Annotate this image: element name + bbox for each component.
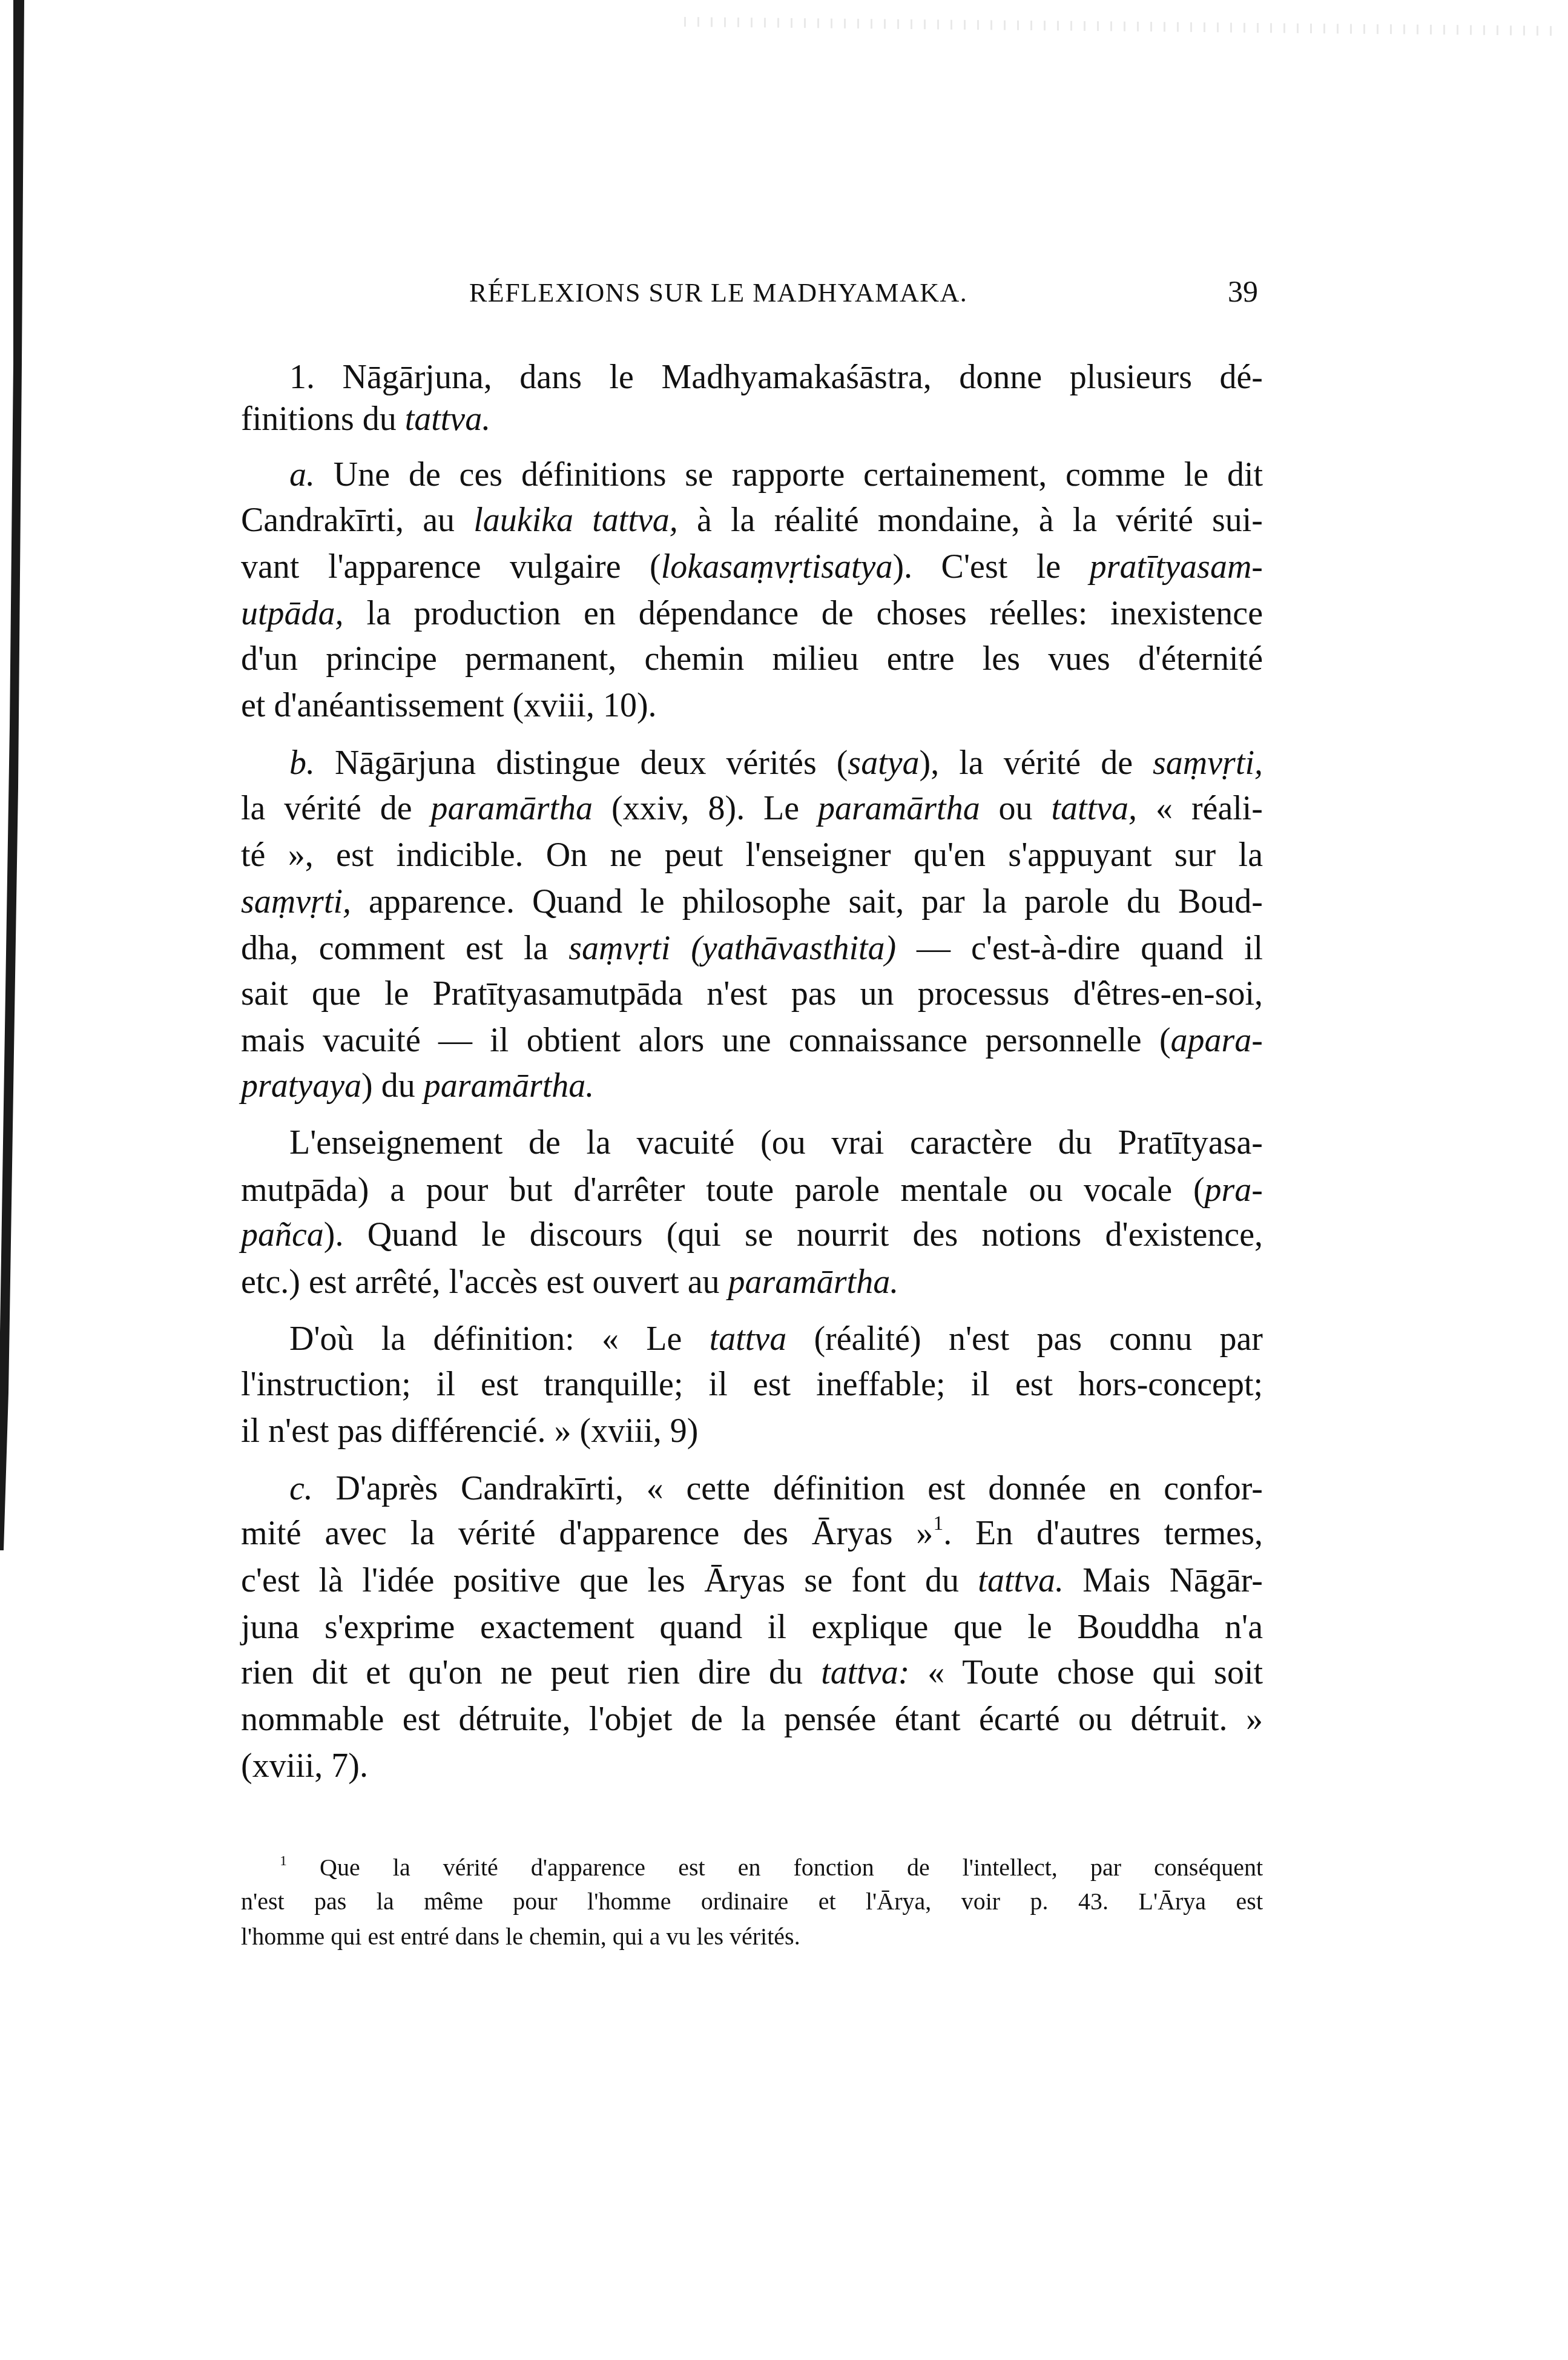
text-segment: 1. Nāgārjuna, dans le Madhyamakaśāstra, …: [289, 359, 1263, 396]
text-segment: Nāgārjuna distingue deux vérités (: [315, 744, 848, 782]
text-segment: satya: [848, 744, 919, 782]
body-line: c. D'après Candrakīrti, « cette définiti…: [289, 1467, 1263, 1510]
text-segment: pratyaya: [241, 1067, 361, 1105]
body-line: d'un principe permanent, chemin milieu e…: [241, 638, 1263, 680]
text-segment: l'instruction; il est tranquille; il est…: [241, 1366, 1263, 1403]
body-line: finitions du tattva.: [241, 398, 1263, 440]
body-line: pratyaya) du paramārtha.: [241, 1065, 1263, 1107]
text-segment: d'un principe permanent, chemin milieu e…: [241, 640, 1263, 678]
text-segment: « réali-: [1137, 790, 1263, 827]
text-segment: mais vacuité — il obtient alors une conn…: [241, 1022, 1171, 1059]
text-segment: pratītyasam-: [1090, 548, 1263, 586]
text-segment: finitions du: [241, 400, 405, 438]
text-segment: c.: [289, 1470, 313, 1507]
text-segment: paramārtha: [818, 790, 980, 827]
text-segment: juna s'exprime exactement quand il expli…: [241, 1608, 1263, 1646]
text-segment: ). C'est le: [892, 548, 1089, 586]
body-line: dha, comment est la saṃvṛti (yathāvasthi…: [241, 927, 1263, 970]
text-segment: apparence. Quand le philosophe sait, par…: [351, 883, 1263, 921]
body-line: juna s'exprime exactement quand il expli…: [241, 1606, 1263, 1648]
text-segment: mutpāda) a pour but d'arrêter toute paro…: [241, 1171, 1205, 1209]
text-segment: té », est indicible. On ne peut l'enseig…: [241, 836, 1263, 874]
text-segment: ) du: [361, 1067, 424, 1105]
text-segment: tattva,: [1052, 790, 1138, 827]
body-line: D'où la définition: « Le tattva (réalité…: [289, 1318, 1263, 1360]
text-segment: l'homme qui est entré dans le chemin, qu…: [241, 1923, 800, 1950]
scan-binding-edge: [0, 0, 24, 1550]
body-line: utpāda, la production en dépendance de c…: [241, 592, 1263, 635]
body-line: saṃvṛti, apparence. Quand le philosophe …: [241, 881, 1263, 923]
text-segment: nommable est détruite, l'objet de la pen…: [241, 1701, 1263, 1738]
text-segment: « Toute chose qui soit: [909, 1654, 1263, 1691]
body-line: sait que le Pratītyasamutpāda n'est pas …: [241, 973, 1263, 1015]
text-segment: c'est là l'idée positive que les Āryas s…: [241, 1562, 978, 1599]
running-head: RÉFLEXIONS SUR LE MADHYAMAKA.: [469, 277, 967, 308]
text-segment: et d'anéantissement (xviii, 10).: [241, 687, 657, 724]
page-number: 39: [1228, 274, 1258, 309]
text-segment: saṃvṛti (yathāvasthita): [568, 930, 896, 967]
body-line: la vérité de paramārtha (xxiv, 8). Le pa…: [241, 787, 1263, 830]
text-segment: la production en dépendance de choses ré…: [344, 595, 1263, 632]
text-segment: la vérité de: [241, 790, 431, 827]
text-segment: Une de ces définitions se rapporte certa…: [315, 456, 1263, 494]
text-segment: n'est pas la même pour l'homme ordinaire…: [241, 1888, 1263, 1915]
text-segment: vant l'apparence vulgaire (: [241, 548, 661, 586]
footnote-line: n'est pas la même pour l'homme ordinaire…: [241, 1886, 1263, 1917]
text-segment: saṃvṛti,: [241, 883, 351, 921]
text-segment: L'enseignement de la vacuité (ou vrai ca…: [289, 1124, 1263, 1162]
scan-noise: [684, 17, 1556, 36]
text-segment: Que la vérité d'apparence est en fonctio…: [287, 1854, 1263, 1881]
footnote-marker: 1: [280, 1853, 287, 1869]
text-segment: tattva: [710, 1320, 787, 1358]
text-segment: b.: [289, 744, 315, 782]
body-line: Candrakīrti, au laukika tattva, à la réa…: [241, 499, 1263, 541]
body-line: pañca). Quand le discours (qui se nourri…: [241, 1214, 1263, 1256]
text-segment: a.: [289, 456, 315, 494]
body-line: 1. Nāgārjuna, dans le Madhyamakaśāstra, …: [289, 356, 1263, 398]
body-line: nommable est détruite, l'objet de la pen…: [241, 1698, 1263, 1740]
footnote-line: 1 Que la vérité d'apparence est en fonct…: [280, 1852, 1263, 1883]
text-segment: sait que le Pratītyasamutpāda n'est pas …: [241, 975, 1263, 1013]
text-segment: (réalité) n'est pas connu par: [786, 1320, 1263, 1358]
body-line: L'enseignement de la vacuité (ou vrai ca…: [289, 1122, 1263, 1164]
body-line: (xviii, 7).: [241, 1745, 1263, 1787]
body-line: et d'anéantissement (xviii, 10).: [241, 684, 1263, 727]
text-segment: (xviii, 7).: [241, 1747, 368, 1785]
text-segment: mité avec la vérité d'apparence des Ārya…: [241, 1515, 933, 1552]
text-segment: Mais Nāgār-: [1064, 1562, 1263, 1599]
text-segment: dha, comment est la: [241, 930, 568, 967]
text-segment: tattva:: [821, 1654, 909, 1691]
text-segment: pañca: [241, 1216, 324, 1254]
text-segment: . En d'autres termes,: [943, 1515, 1263, 1552]
body-line: mutpāda) a pour but d'arrêter toute paro…: [241, 1169, 1263, 1211]
footnote-marker: 1: [933, 1512, 943, 1535]
text-segment: ). Quand le discours (qui se nourrit des…: [324, 1216, 1263, 1254]
text-segment: saṃvṛti,: [1153, 744, 1263, 782]
text-segment: apara-: [1171, 1022, 1263, 1059]
text-segment: à la réalité mondaine, à la vérité sui-: [678, 501, 1263, 539]
text-segment: paramārtha.: [728, 1263, 899, 1301]
text-segment: — c'est-à-dire quand il: [896, 930, 1263, 967]
footnote-line: l'homme qui est entré dans le chemin, qu…: [241, 1921, 1263, 1952]
body-line: mité avec la vérité d'apparence des Ārya…: [241, 1512, 1263, 1555]
text-segment: laukika tattva,: [473, 501, 678, 539]
text-segment: ), la vérité de: [920, 744, 1153, 782]
text-segment: paramārtha: [431, 790, 593, 827]
body-line: b. Nāgārjuna distingue deux vérités (sat…: [289, 742, 1263, 784]
body-line: l'instruction; il est tranquille; il est…: [241, 1363, 1263, 1406]
text-segment: il n'est pas différencié. » (xviii, 9): [241, 1412, 699, 1450]
body-line: il n'est pas différencié. » (xviii, 9): [241, 1410, 1263, 1452]
text-segment: ou: [980, 790, 1052, 827]
body-line: a. Une de ces définitions se rapporte ce…: [289, 454, 1263, 496]
text-segment: tattva.: [978, 1562, 1064, 1599]
text-segment: lokasaṃvṛtisatya: [661, 548, 893, 586]
text-segment: Candrakīrti, au: [241, 501, 473, 539]
text-segment: (xxiv, 8). Le: [593, 790, 818, 827]
text-segment: etc.) est arrêté, l'accès est ouvert au: [241, 1263, 728, 1301]
text-segment: D'où la définition: « Le: [289, 1320, 710, 1358]
text-segment: pra-: [1205, 1171, 1263, 1209]
text-segment: utpāda,: [241, 595, 344, 632]
text-segment: paramārtha.: [424, 1067, 595, 1105]
body-line: rien dit et qu'on ne peut rien dire du t…: [241, 1651, 1263, 1694]
body-line: etc.) est arrêté, l'accès est ouvert au …: [241, 1261, 1263, 1303]
text-segment: D'après Candrakīrti, « cette définition …: [313, 1470, 1263, 1507]
body-line: mais vacuité — il obtient alors une conn…: [241, 1019, 1263, 1062]
body-line: vant l'apparence vulgaire (lokasaṃvṛtisa…: [241, 546, 1263, 588]
text-segment: rien dit et qu'on ne peut rien dire du: [241, 1654, 821, 1691]
text-segment: tattva.: [405, 400, 491, 438]
body-line: té », est indicible. On ne peut l'enseig…: [241, 834, 1263, 876]
body-line: c'est là l'idée positive que les Āryas s…: [241, 1559, 1263, 1602]
